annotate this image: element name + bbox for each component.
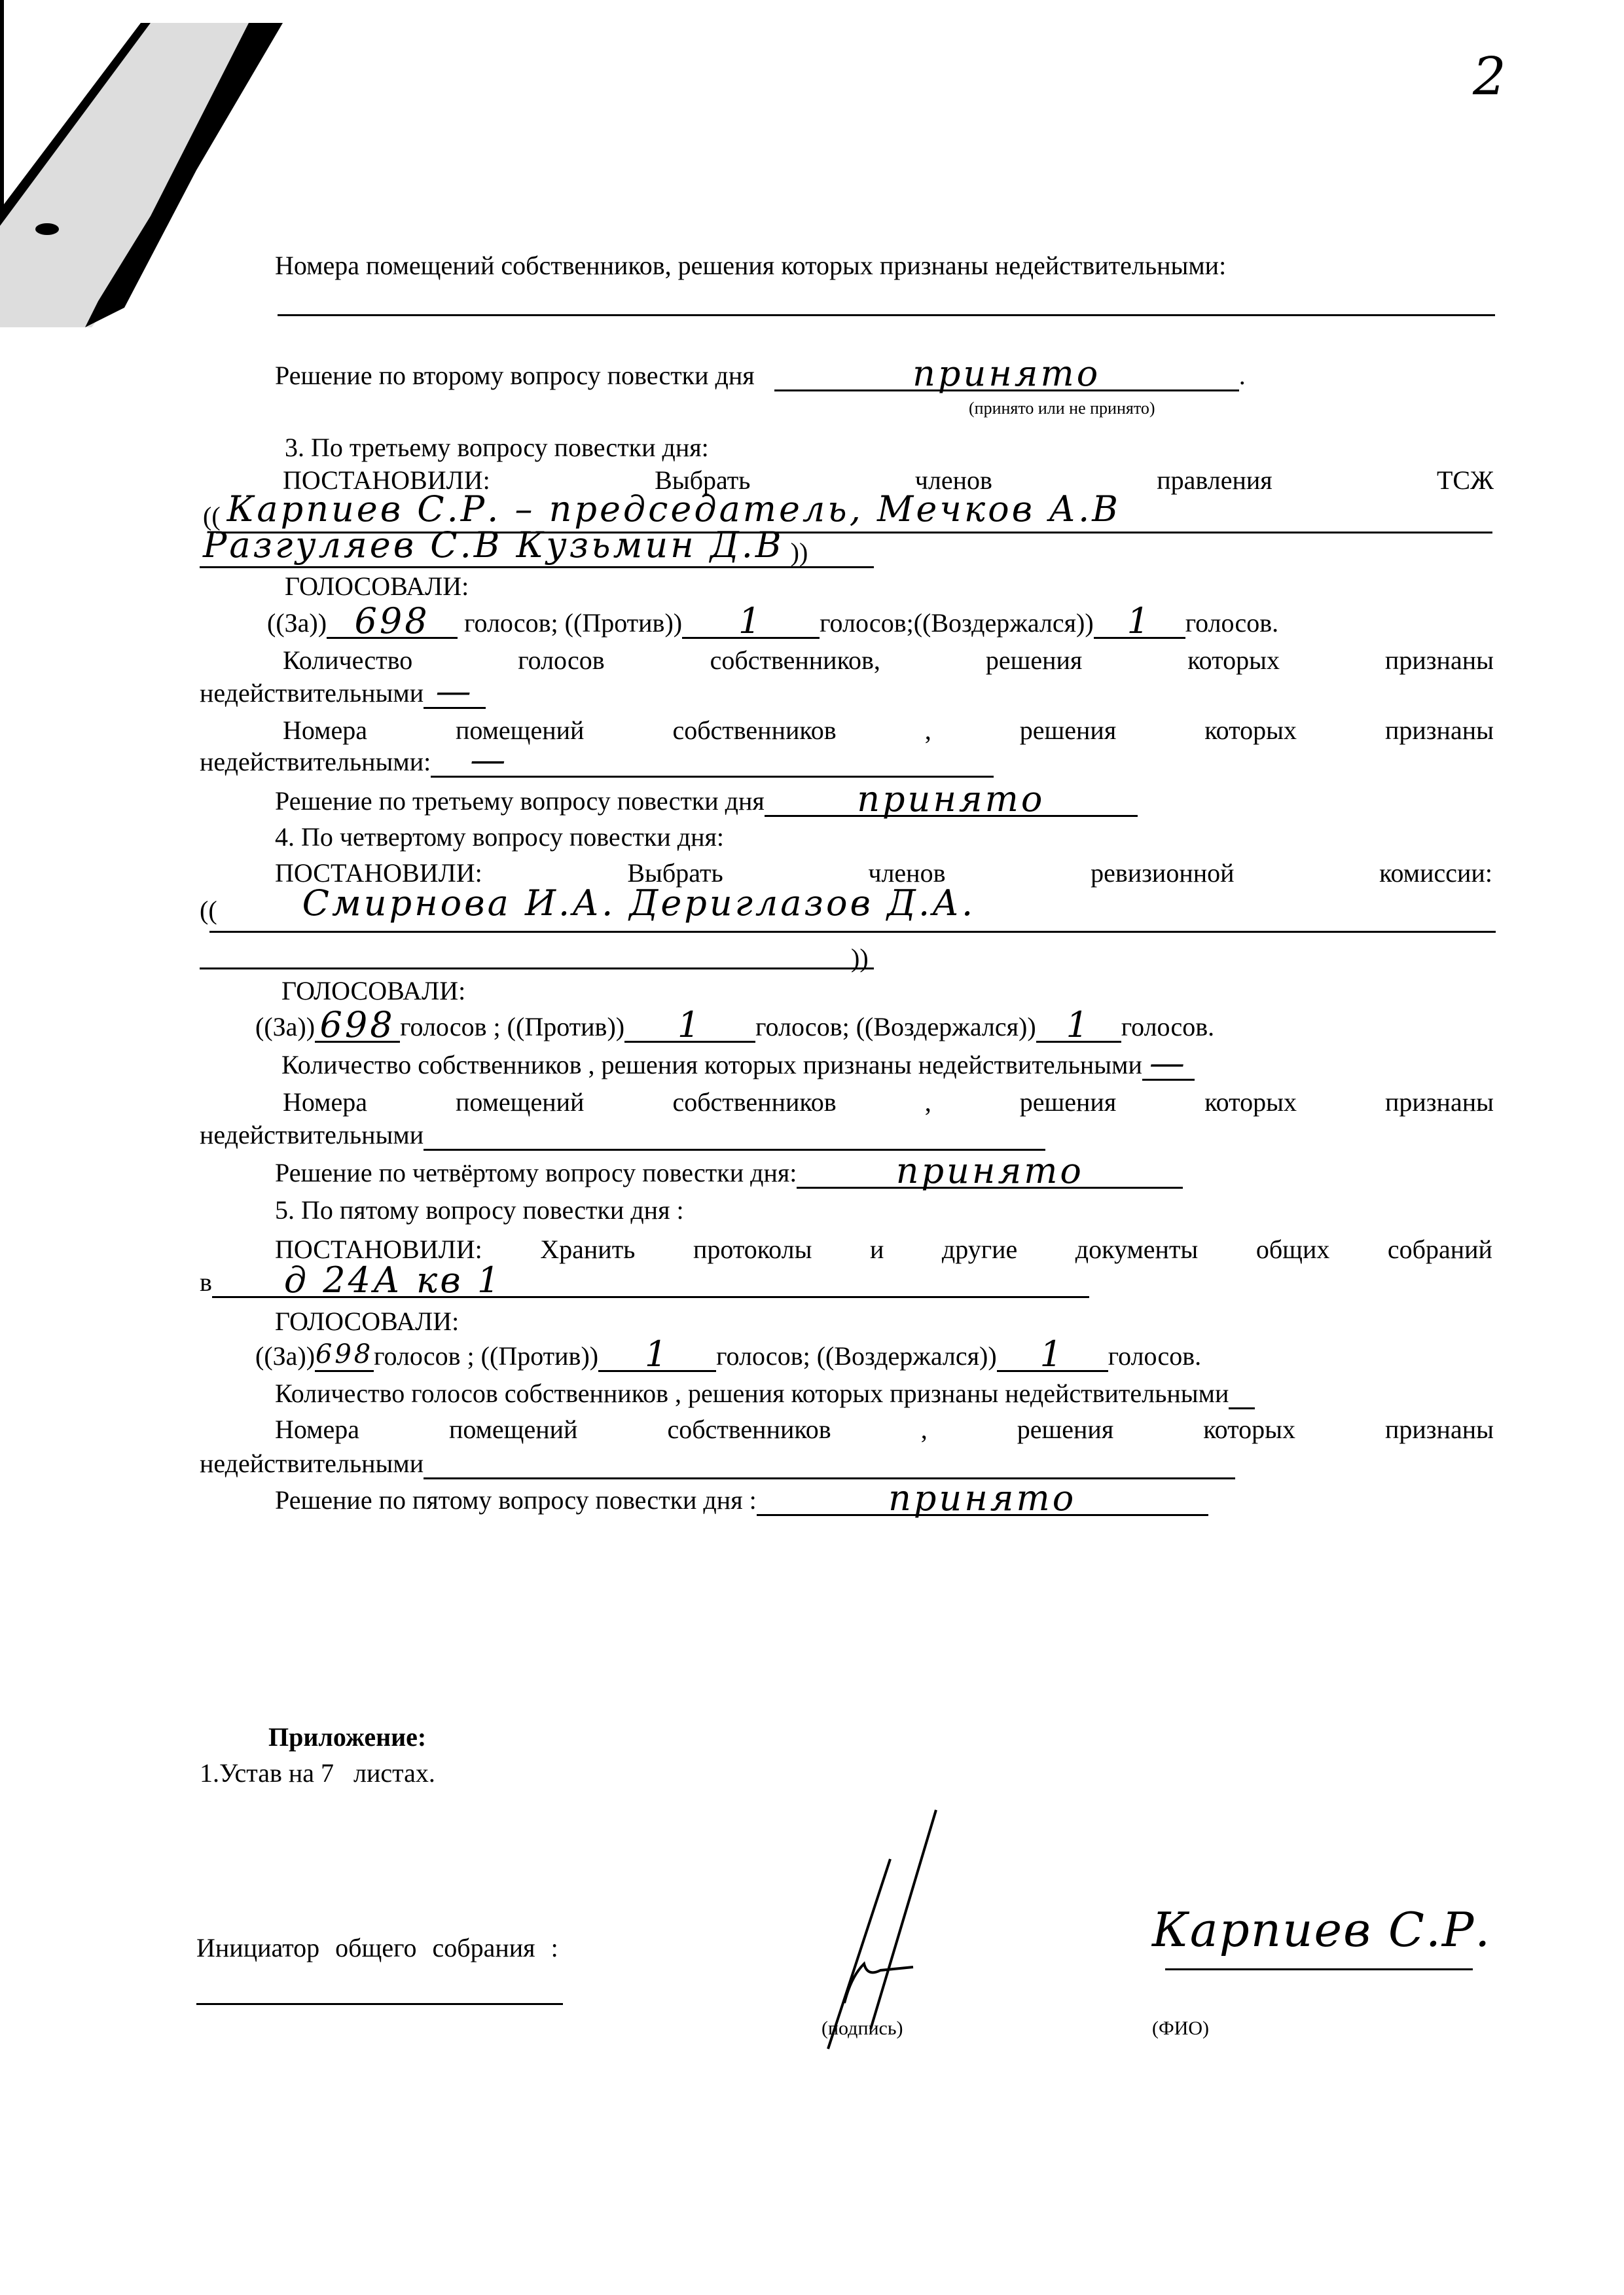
- section4-room-numbers-tail: недействительными: [200, 1119, 1045, 1151]
- label-text: Количество голосов собственников , решен…: [275, 1379, 1229, 1408]
- word: собственников: [672, 715, 836, 746]
- word: комиссии:: [1379, 858, 1492, 889]
- word: собственников,: [710, 645, 880, 676]
- word: ревизионной: [1091, 858, 1234, 889]
- section3-room-numbers-tail: недействительными:—: [200, 746, 994, 778]
- word: и: [870, 1234, 884, 1265]
- label-text: недействительными: [200, 678, 424, 708]
- prefix: в: [200, 1267, 212, 1297]
- section4-handwritten[interactable]: (( Смирнова И.А. Дериглазов Д.А.: [200, 892, 975, 926]
- word: решения: [986, 645, 1083, 676]
- word: признаны: [1385, 1414, 1494, 1445]
- section3-voted-label: ГОЛОСОВАЛИ:: [285, 571, 469, 602]
- handwritten-value: Карпиев С.Р. – председатель, Мечков А.В: [227, 494, 1121, 525]
- label-text: Номера помещений собственников, решения …: [275, 250, 1226, 281]
- appendix-item-1: 1.Устав на 7 листах.: [200, 1758, 435, 1789]
- word: решения: [1017, 1414, 1114, 1445]
- name-line: [1165, 1968, 1473, 1970]
- word: помещений: [456, 1087, 584, 1118]
- word: решения: [1020, 1087, 1117, 1118]
- section5-votes: ((За))698голосов ; ((Против))1голосов; (…: [255, 1341, 1201, 1372]
- word: ,: [921, 1414, 928, 1445]
- section5-storage-location: вд 24А кв 1: [200, 1267, 1089, 1298]
- handwritten-value: Разгуляев С.В Кузьмин Д.В: [203, 530, 784, 561]
- label-text: недействительными:: [200, 747, 431, 776]
- votes-end: голосов.: [1121, 1012, 1214, 1041]
- handwritten-value: д 24А кв 1: [284, 1265, 1089, 1296]
- appendix-title: Приложение:: [268, 1722, 426, 1753]
- handwritten-value: Смирнова И.А. Дериглазов Д.А.: [302, 888, 976, 919]
- votes-end: голосов.: [1108, 1341, 1201, 1371]
- handwritten-value: принято: [774, 358, 1239, 389]
- room-numbers-q2-line: [278, 314, 1495, 316]
- invalid-count-field[interactable]: —: [424, 681, 486, 709]
- against-label: ((Против)): [565, 608, 682, 638]
- votes-word: голосов ;: [400, 1012, 501, 1041]
- word: Хранить: [540, 1234, 635, 1265]
- abstain-votes-value: 1: [1094, 605, 1185, 637]
- section3-heading: 3. По третьему вопросу повестки дня:: [285, 432, 709, 463]
- initiator-name-value: Карпиев С.Р.: [1152, 1914, 1491, 1945]
- word: ,: [925, 1087, 931, 1118]
- page-number: 2: [1473, 46, 1506, 107]
- votes-word: голосов;: [755, 1012, 850, 1041]
- votes-word: голосов;: [820, 608, 914, 638]
- against-votes-value: 1: [598, 1339, 716, 1370]
- section3-handwritten-2[interactable]: Разгуляев С.В Кузьмин Д.В )): [203, 533, 808, 568]
- initiator-line: [196, 2003, 563, 2005]
- handwritten-value: —: [470, 744, 994, 776]
- handwritten-value: принято: [765, 784, 1138, 815]
- word: ТСЖ: [1437, 465, 1494, 496]
- decision-field[interactable]: принято: [797, 1161, 1183, 1189]
- word: Номера: [283, 1087, 367, 1118]
- handwritten-value: принято: [757, 1483, 1208, 1514]
- section4-voted-label: ГОЛОСОВАЛИ:: [281, 975, 465, 1007]
- word: помещений: [449, 1414, 577, 1445]
- label-text: недействительными: [200, 1120, 424, 1149]
- decision-q2-label: Решение по второму вопросу повестки дня: [275, 361, 755, 390]
- section5-room-numbers-tail: недействительными: [200, 1448, 1235, 1479]
- initiator-name-field[interactable]: Карпиев С.Р.: [1152, 1918, 1491, 1957]
- signature-hint: (подпись): [821, 2013, 903, 2044]
- word: другие: [942, 1234, 1017, 1265]
- against-votes-field[interactable]: 1: [598, 1344, 716, 1372]
- decision-field[interactable]: принято: [765, 789, 1138, 817]
- section5-room-numbers: Номера помещений собственников , решения…: [275, 1414, 1494, 1445]
- word: голосов: [518, 645, 604, 676]
- word: протоколы: [693, 1234, 812, 1265]
- section4-decision: Решение по четвёртому вопросу повестки д…: [275, 1157, 1183, 1189]
- for-label: ((За)): [255, 1012, 315, 1041]
- closing-parens: )): [851, 943, 869, 974]
- decision-q2-field[interactable]: принято: [774, 363, 1239, 391]
- decision-q2-hint: (принято или не принято): [969, 393, 1155, 424]
- votes-word: голосов;: [464, 608, 558, 638]
- abstain-votes-value: 1: [1036, 1009, 1121, 1041]
- section3-room-numbers: Номера помещений собственников , решения…: [283, 715, 1494, 746]
- document-page: 2 Номера помещений собственников, решени…: [0, 0, 1624, 2295]
- handwritten-value: —: [1142, 1047, 1195, 1079]
- abstain-votes-field[interactable]: 1: [1094, 611, 1185, 639]
- abstain-votes-value: 1: [997, 1339, 1108, 1370]
- section3-votes: ((За))698 голосов; ((Против))1голосов;((…: [267, 607, 1278, 639]
- scan-artifact-shadow: [0, 0, 301, 340]
- abstain-label: ((Воздержался)): [856, 1012, 1036, 1041]
- room-numbers-field[interactable]: —: [431, 750, 994, 778]
- section4-room-numbers: Номера помещений собственников , решения…: [283, 1087, 1494, 1118]
- word: которых: [1204, 1087, 1297, 1118]
- room-numbers-field[interactable]: [424, 1451, 1235, 1479]
- word: собственников: [672, 1087, 836, 1118]
- section3-invalid-count-tail: недействительными—: [200, 678, 486, 709]
- word: признаны: [1385, 645, 1494, 676]
- invalid-count-field[interactable]: —: [1142, 1053, 1195, 1081]
- against-votes-value: 1: [624, 1009, 755, 1041]
- name-hint: (ФИО): [1152, 2013, 1209, 2044]
- word: Количество: [283, 645, 412, 676]
- decision-field[interactable]: принято: [757, 1488, 1208, 1516]
- for-votes-value: 698: [315, 1009, 400, 1041]
- section4-heading: 4. По четвертому вопросу повестки дня:: [275, 822, 724, 853]
- field-line: [209, 931, 1496, 933]
- word: признаны: [1385, 1087, 1494, 1118]
- label-text: недействительными: [200, 1449, 424, 1478]
- for-votes-field[interactable]: 698: [315, 1015, 400, 1043]
- decision-q2: Решение по второму вопросу повестки дня …: [275, 360, 1246, 391]
- for-label: ((За)): [255, 1341, 315, 1371]
- votes-word: голосов;: [716, 1341, 810, 1371]
- for-votes-value: 698: [315, 1339, 374, 1370]
- against-label: ((Против)): [481, 1341, 598, 1371]
- word: собственников: [667, 1414, 831, 1445]
- invalid-count-field[interactable]: [1229, 1381, 1255, 1409]
- word: общих: [1256, 1234, 1330, 1265]
- word: которых: [1203, 1414, 1295, 1445]
- handwritten-value: —: [424, 676, 486, 707]
- for-votes-field[interactable]: 698: [327, 611, 458, 639]
- section4-votes: ((За))698голосов ; ((Против))1голосов; (…: [255, 1011, 1214, 1043]
- section5-decision: Решение по пятому вопросу повестки дня :…: [275, 1485, 1208, 1516]
- abstain-label: ((Воздержался)): [914, 608, 1094, 638]
- section3-decision: Решение по третьему вопросу повестки дня…: [275, 786, 1138, 817]
- abstain-label: ((Воздержался)): [817, 1341, 997, 1371]
- room-numbers-field[interactable]: [424, 1123, 1045, 1151]
- word: документы: [1075, 1234, 1199, 1265]
- for-votes-field[interactable]: 698: [315, 1344, 374, 1372]
- abstain-votes-field[interactable]: 1: [997, 1344, 1108, 1372]
- against-votes-field[interactable]: 1: [682, 611, 820, 639]
- label-text: Количество собственников , решения котор…: [281, 1050, 1142, 1079]
- votes-word: голосов ;: [374, 1341, 475, 1371]
- for-label: ((За)): [267, 608, 327, 638]
- decision-label: Решение по пятому вопросу повестки дня :: [275, 1485, 757, 1515]
- votes-end: голосов.: [1185, 608, 1278, 638]
- word: собраний: [1388, 1234, 1492, 1265]
- word: правления: [1157, 465, 1272, 496]
- section5-heading: 5. По пятому вопросу повестки дня :: [275, 1195, 684, 1226]
- field-line: [200, 566, 874, 568]
- word: ,: [925, 715, 931, 746]
- storage-location-field[interactable]: д 24А кв 1: [212, 1270, 1089, 1298]
- against-label: ((Против)): [507, 1012, 624, 1041]
- field-line: [200, 967, 874, 969]
- room-numbers-label-q2: Номера помещений собственников, решения …: [275, 250, 1492, 281]
- against-votes-value: 1: [682, 605, 820, 637]
- word: Номера: [283, 715, 367, 746]
- word: решения: [1020, 715, 1117, 746]
- word: которых: [1204, 715, 1297, 746]
- handwritten-value: принято: [797, 1155, 1183, 1187]
- section5-invalid-count: Количество голосов собственников , решен…: [275, 1378, 1255, 1409]
- section4-invalid-count: Количество собственников , решения котор…: [281, 1049, 1195, 1081]
- decision-label: Решение по четвёртому вопросу повестки д…: [275, 1158, 797, 1187]
- word: Номера: [275, 1414, 359, 1445]
- abstain-votes-field[interactable]: 1: [1036, 1015, 1121, 1043]
- for-votes-value: 698: [327, 605, 458, 637]
- against-votes-field[interactable]: 1: [624, 1015, 755, 1043]
- initiator-label: Инициатор общего собрания :: [196, 1932, 558, 1964]
- word: которых: [1187, 645, 1280, 676]
- word: признаны: [1385, 715, 1494, 746]
- section5-voted-label: ГОЛОСОВАЛИ:: [275, 1306, 459, 1337]
- decision-label: Решение по третьему вопросу повестки дня: [275, 786, 765, 816]
